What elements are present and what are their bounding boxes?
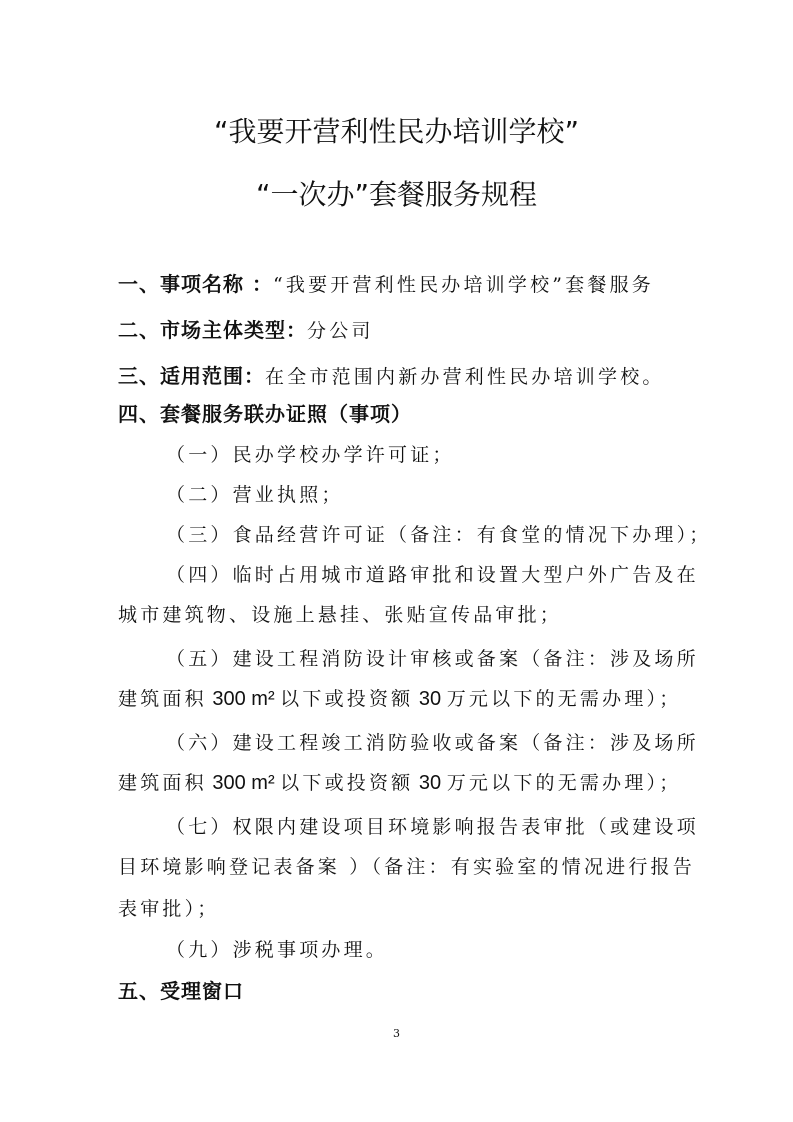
list-item-1: （一）民办学校办学许可证； [166, 443, 455, 467]
section-heading: 五、受理窗口 [118, 979, 244, 1003]
list-item-9: （九）涉税事项办理。 [166, 938, 388, 962]
page-number: 3 [0, 1027, 793, 1040]
list-item-4-line-2: 城市建筑物、设施上悬挂、张贴宣传品审批； [118, 603, 562, 627]
list-item-5-line-1: （五）建设工程消防设计审核或备案（备注：涉及场所 [166, 647, 699, 671]
section-joint-licenses: 四、套餐服务联办证照（事项） [118, 402, 412, 427]
area-value: 300 m² [207, 688, 280, 710]
text-segment: 万元以下的无需办理）； [447, 772, 682, 794]
section-heading: 三、适用范围： [118, 364, 265, 388]
list-item-6-line-2: 建筑面积 300 m² 以下或投资额 30 万元以下的无需办理）； [118, 771, 681, 795]
text-segment: 建筑面积 [118, 688, 207, 710]
section-service-window: 五、受理窗口 [118, 979, 244, 1004]
document-title-line-1: “我要开营利性民办培训学校” [0, 110, 793, 150]
section-heading: 一、事项名称 ： [118, 272, 273, 296]
list-item-4-line-1: （四）临时占用城市道路审批和设置大型户外广告及在 [166, 563, 699, 587]
text-segment: 以下或投资额 [280, 772, 413, 794]
list-item-7-line-1: （七）权限内建设项目环境影响报告表审批（或建设项 [166, 815, 699, 839]
list-item-2: （二）营业执照； [166, 483, 344, 507]
list-item-3: （三）食品经营许可证（备注：有食堂的情况下办理）； [166, 523, 712, 547]
list-item-6-line-1: （六）建设工程竣工消防验收或备案（备注：涉及场所 [166, 731, 699, 755]
section-heading: 四、套餐服务联办证照（事项） [118, 402, 412, 426]
section-text: 分公司 [307, 320, 374, 342]
investment-value: 30 [413, 772, 446, 794]
text-segment: 以下或投资额 [280, 688, 413, 710]
section-scope: 三、适用范围：在全市范围内新办营利性民办培训学校。 [118, 364, 665, 389]
investment-value: 30 [413, 688, 446, 710]
text-segment: 万元以下的无需办理）； [447, 688, 682, 710]
section-text: “我要开营利性民办培训学校”套餐服务 [273, 274, 654, 296]
section-text: 在全市范围内新办营利性民办培训学校。 [265, 366, 665, 388]
list-item-7-line-2: 目环境影响登记表备案 ）（备注：有实验室的情况进行报告 [118, 855, 695, 879]
list-item-7-line-3: 表审批）； [118, 897, 220, 921]
section-entity-type: 二、市场主体类型：分公司 [118, 318, 374, 343]
area-value: 300 m² [207, 772, 280, 794]
document-title-line-2: “一次办”套餐服务规程 [0, 173, 793, 213]
section-item-name: 一、事项名称 ：“我要开营利性民办培训学校”套餐服务 [118, 272, 654, 297]
section-heading: 二、市场主体类型： [118, 318, 307, 342]
text-segment: 建筑面积 [118, 772, 207, 794]
list-item-5-line-2: 建筑面积 300 m² 以下或投资额 30 万元以下的无需办理）； [118, 687, 681, 711]
